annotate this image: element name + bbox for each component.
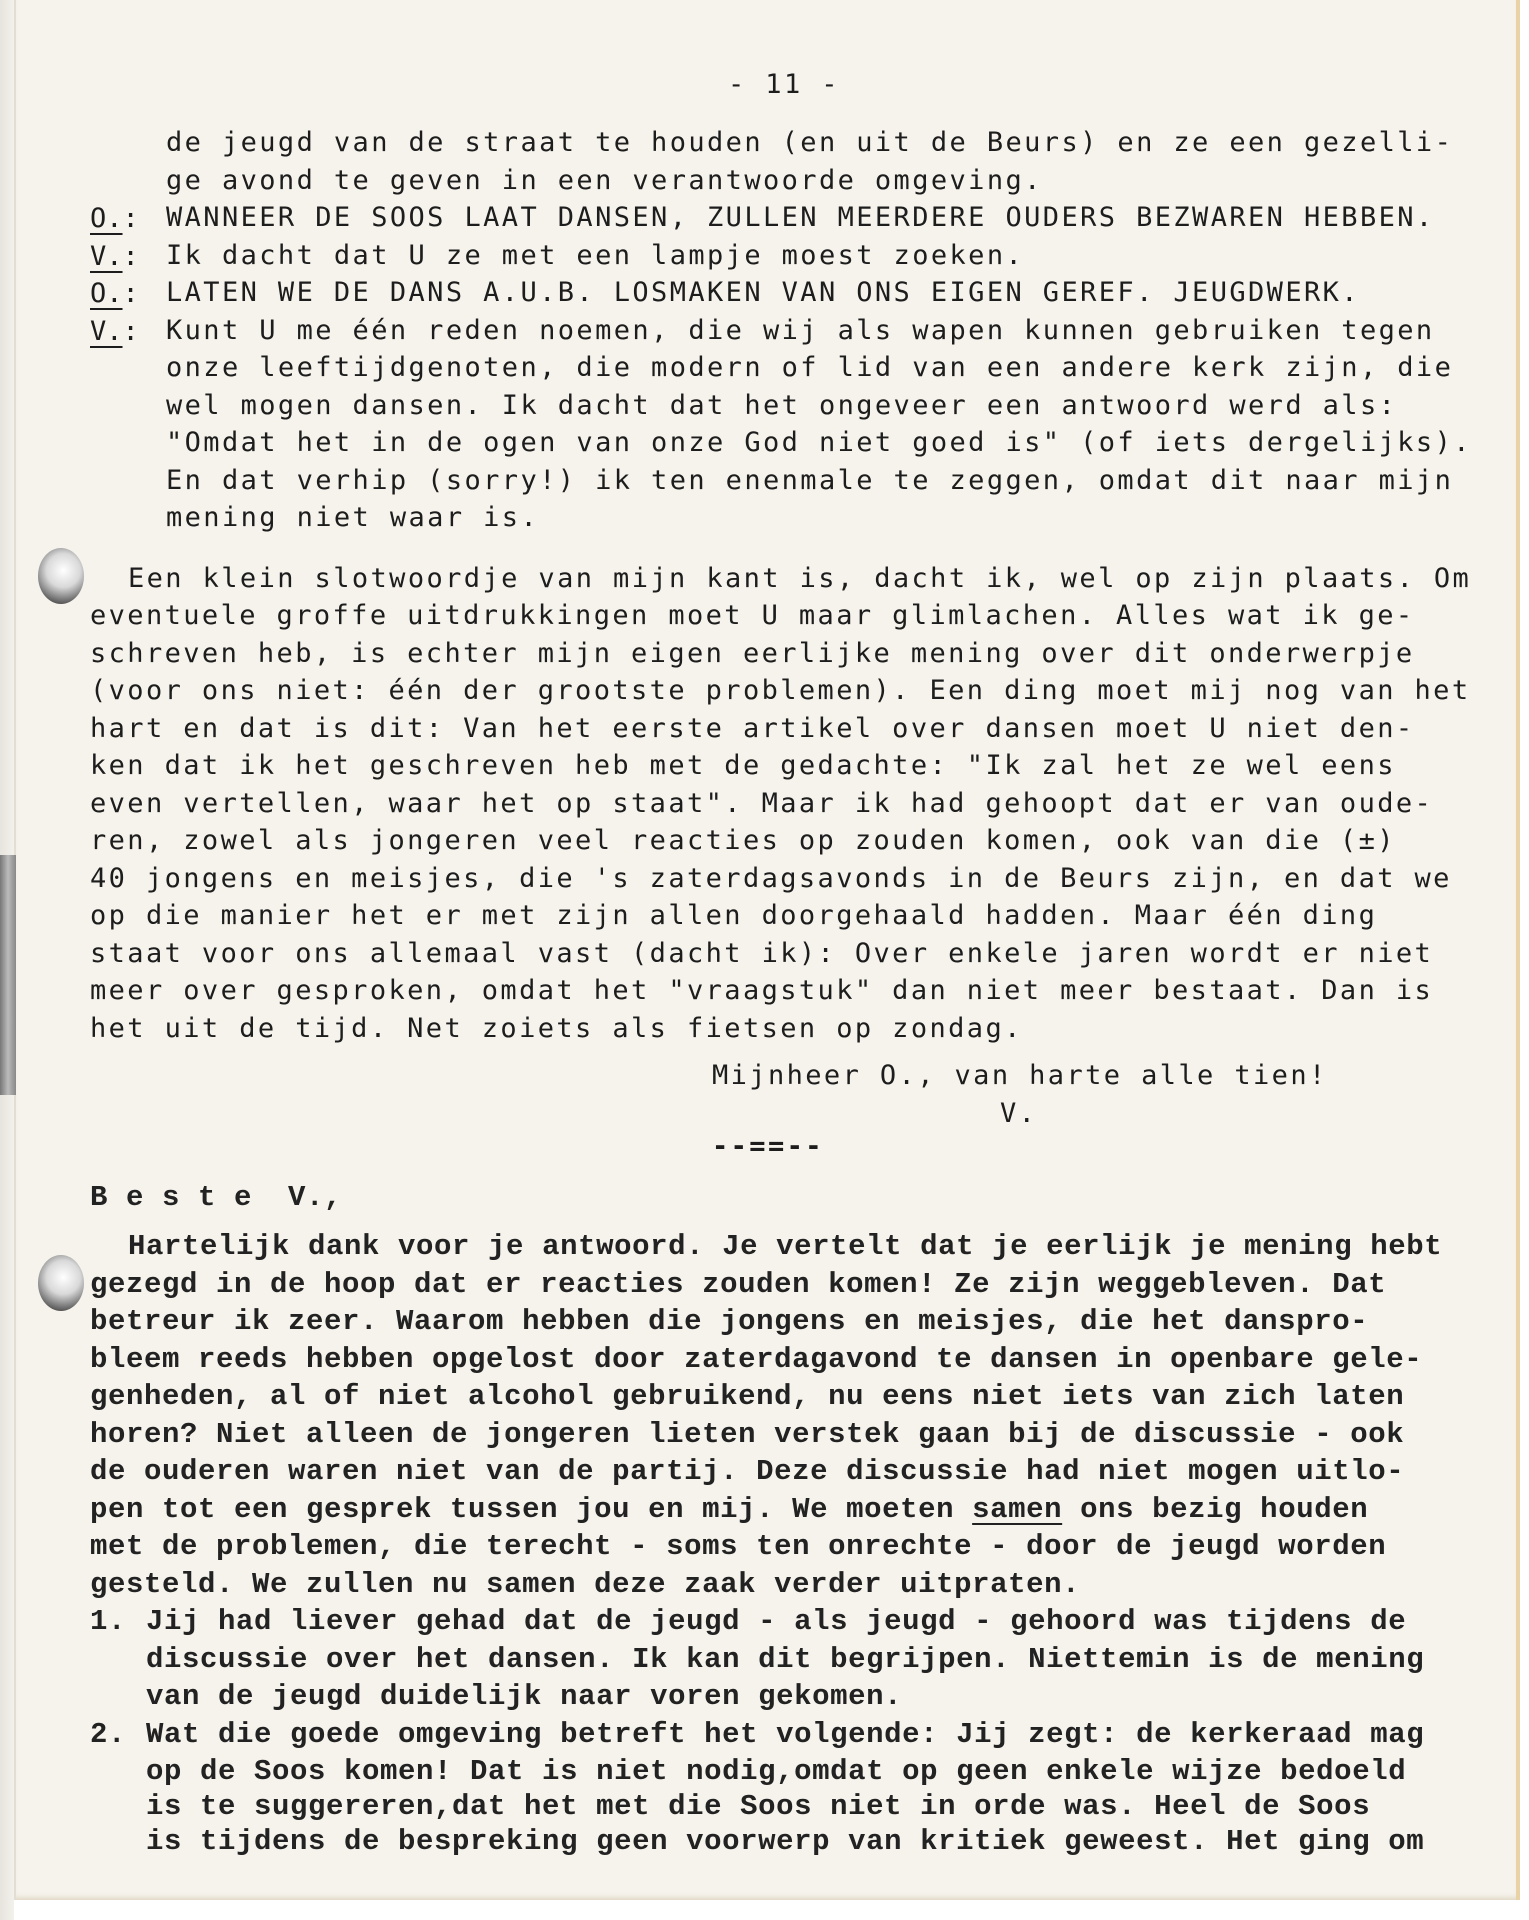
paragraph-line: op die manier het er met zijn allen door… [90,901,1377,931]
paragraph-line: horen? Niet alleen de jongeren lieten ve… [90,1420,1404,1450]
paragraph-line: genheden, al of niet alcohol gebruikend,… [90,1382,1404,1412]
separator: : [123,241,139,272]
paragraph-line: eventuele groffe uitdrukkingen moet U ma… [90,601,1415,631]
exchange-line: WANNEER DE SOOS LAAT DANSEN, ZULLEN MEER… [166,203,1435,233]
paragraph-line: staat voor ons allemaal vast (dacht ik):… [90,939,1433,969]
paragraph-line: betreur ik zeer. Waarom hebben die jonge… [90,1307,1368,1337]
point-line: op de Soos komen! Dat is niet nodig,omda… [146,1757,1406,1787]
paragraph-line: Een klein slotwoordje van mijn kant is, … [128,564,1471,594]
paragraph-line: (voor ons niet: één der grootste problem… [90,676,1471,706]
punch-hole-top [38,548,84,604]
exchange-line: "Omdat het in de ogen van onze God niet … [166,428,1472,458]
section-divider: --==-- [712,1132,824,1162]
speaker-label: V. [90,241,123,272]
dialogue-intro-line: de jeugd van de straat te houden (en uit… [166,128,1453,158]
speaker-label: O. [90,278,123,309]
paragraph-line: bleem reeds hebben opgelost door zaterda… [90,1345,1422,1375]
reply-salutation: B e s t e V., [90,1183,342,1213]
point-line: is te suggereren,dat het met die Soos ni… [146,1792,1370,1822]
paragraph-line: het uit de tijd. Net zoiets als fietsen … [90,1014,1023,1044]
point-line: discussie over het dansen. Ik kan dit be… [146,1645,1424,1675]
exchange-line: Kunt U me één reden noemen, die wij als … [166,316,1435,346]
punch-hole-bottom [38,1255,84,1311]
speaker-label: O. [90,203,123,234]
point-line: is tijdens de bespreking geen voorwerp v… [146,1827,1424,1857]
paragraph-line: schreven heb, is echter mijn eigen eerli… [90,639,1415,669]
paragraph-line-with-emphasis: pen tot een gesprek tussen jou en mij. W… [90,1495,1368,1525]
point-line: Jij had liever gehad dat de jeugd - als … [146,1607,1406,1637]
paragraph-line: gezegd in de hoop dat er reacties zouden… [90,1270,1386,1300]
paragraph-line: de ouderen waren niet van de partij. Dez… [90,1457,1404,1487]
exchange-line: wel mogen dansen. Ik dacht dat het ongev… [166,391,1397,421]
exchange-line: LATEN WE DE DANS A.U.B. LOSMAKEN VAN ONS… [166,278,1360,308]
point-line: van de jeugd duidelijk naar voren gekome… [146,1682,902,1712]
dialogue-intro-line: ge avond te geven in een verantwoorde om… [166,166,1043,196]
separator: : [123,203,139,234]
paragraph-line: ren, zowel als jongeren veel reacties op… [90,826,1396,856]
point-number: 1. [90,1607,126,1637]
speaker-label: V. [90,316,123,347]
exchange-line: mening niet waar is. [166,503,539,533]
paragraph-line: met de problemen, die terecht - soms ten… [90,1532,1386,1562]
paragraph-line: ken dat ik het geschreven heb met de ged… [90,751,1396,781]
point-number: 2. [90,1720,126,1750]
separator: : [123,316,139,347]
paragraph-line: hart en dat is dit: Van het eerste artik… [90,714,1415,744]
signoff-line: Mijnheer O., van harte alle tien! [712,1061,1328,1091]
paragraph-line: 40 jongens en meisjes, die 's zaterdagsa… [90,864,1452,894]
paragraph-line: even vertellen, waar het op staat". Maar… [90,789,1433,819]
binder-clip [0,855,16,1095]
exchange-line: Ik dacht dat U ze met een lampje moest z… [166,241,1024,271]
exchange-line: En dat verhip (sorry!) ik ten enenmale t… [166,466,1453,496]
paragraph-line: Hartelijk dank voor je antwoord. Je vert… [128,1232,1442,1262]
signature: V. [1000,1099,1037,1129]
paragraph-line: meer over gesproken, omdat het "vraagstu… [90,976,1433,1006]
separator: : [123,278,139,309]
point-line: Wat die goede omgeving betreft het volge… [146,1720,1424,1750]
emphasized-word: samen [972,1493,1062,1526]
page-number: - 11 - [728,70,840,100]
paragraph-line: gesteld. We zullen nu samen deze zaak ve… [90,1570,1080,1600]
paragraph-line: pen tot een gesprek tussen jou en mij. W… [90,1493,1368,1526]
exchange-line: onze leeftijdgenoten, die modern of lid … [166,353,1453,383]
